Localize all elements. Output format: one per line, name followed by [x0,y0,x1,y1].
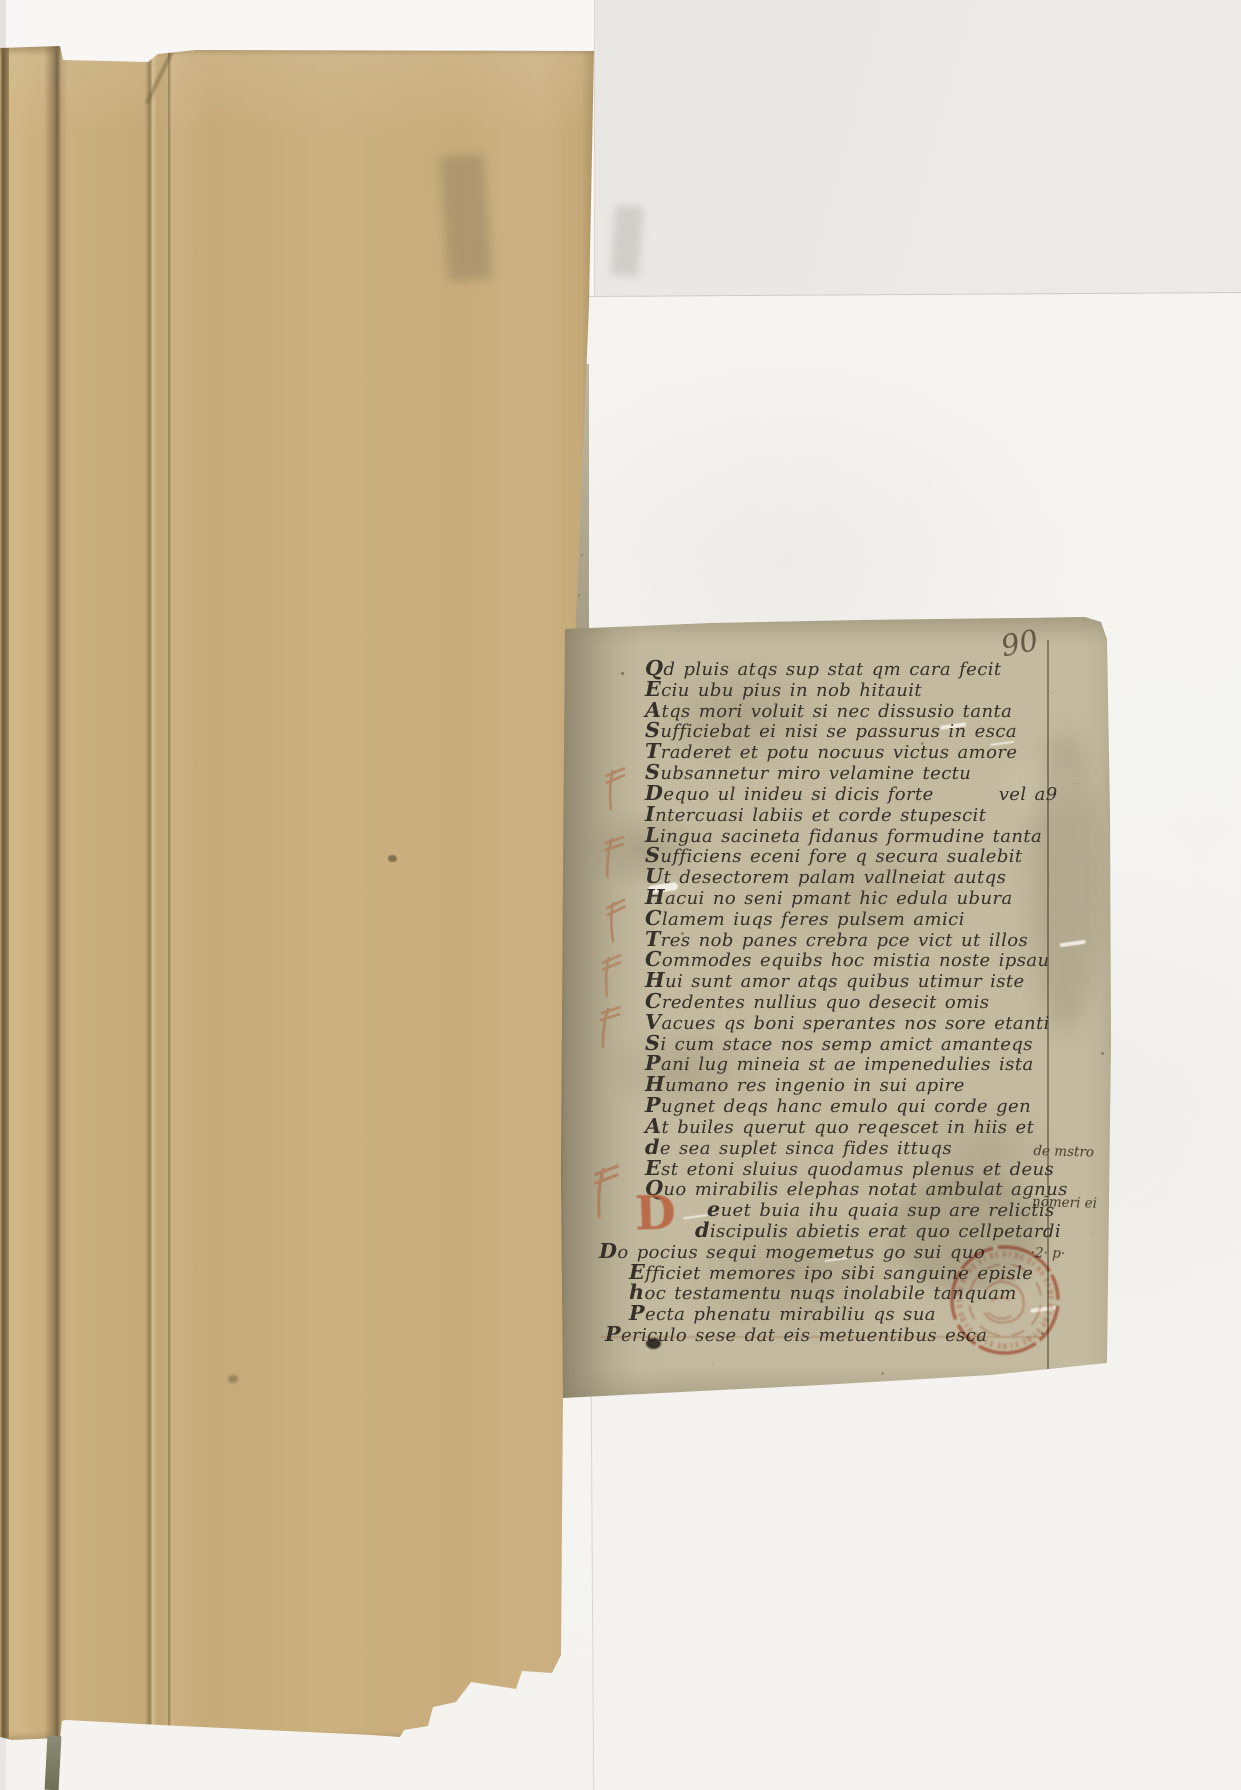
manuscript-text-line: Credentes nullius quo desecit omis [645,991,1115,1012]
capitulum-mark-icon [593,999,623,1051]
folio-number: 90 [998,623,1041,663]
folder-fleck [388,855,397,862]
manuscript-text-line: Sufficiens eceni fore q secura sualebit [645,845,1115,866]
manuscript-text-line: Humano res ingenio in sui apire [645,1074,1115,1095]
kraft-folder [0,45,597,1745]
capitulum-mark-icon [597,829,626,881]
manuscript-text-line: Lingua sacineta fidanus formudine tanta [645,825,1115,846]
folder-fold-shadow [44,45,68,1740]
manuscript-text-line: Sufficiebat ei nisi se passurus in esca [645,720,1115,741]
manuscript-text-line: Tres nob panes crebra pce vict ut illos [645,929,1115,950]
manuscript-text-line: Pani lug mineia st ae impenedulies ista [645,1053,1115,1074]
folder-crease [168,49,174,1733]
rubric-initial: D [634,1189,676,1237]
manuscript-text-line: Ut desectorem palam vallneiat autqs [645,866,1115,887]
manuscript-text-line: Traderet et potu nocuus victus amore [645,741,1115,762]
manuscript-text-line: Si cum stace nos semp amict amanteqs [645,1033,1115,1054]
manuscript-leaf: Qd pluis atqs sup stat qm cara fecit Eci… [561,612,1114,1404]
manuscript-text-line: Atqs mori voluit si nec dissusio tanta [645,700,1115,721]
folder-smudge [228,1375,238,1383]
manuscript-text-line: Hui sunt amor atqs quibus utimur iste [645,970,1115,991]
manuscript-text-line: Vacues qs boni sperantes nos sore etanti [645,1012,1115,1033]
manuscript-text-line: Clamem iuqs feres pulsem amici [645,908,1115,929]
capitulum-mark-icon [587,1157,622,1221]
ink-blot [646,1338,661,1349]
manuscript-text-line: Dequo ul inideu si dicis forte vel a9 [645,783,1115,804]
folder-smudge [440,154,493,282]
manuscript-text-line: Eciu ubu pius in nob hitauit [645,679,1115,700]
capitulum-mark-icon [597,949,623,999]
background-smudge [611,205,644,277]
manuscript-text-line: Qd pluis atqs sup stat qm cara fecit [645,658,1115,679]
marginal-note-line: de mstro [1033,1143,1098,1162]
cloth-tape-edge [45,1736,62,1790]
manuscript-text-line: Commodes equibs hoc mistia noste ipsau [645,949,1115,970]
folder-spine-edge [0,45,9,1745]
digitized-manuscript-photo: Qd pluis atqs sup stat qm cara fecit Eci… [0,0,1241,1790]
manuscript-text-line: Hacui no seni pmant hic edula ubura [645,887,1115,908]
capitulum-mark-icon [601,893,630,944]
marginal-note-line: nōmeri ei [1032,1194,1097,1213]
parchment-speckles [621,672,624,675]
folder-highlight [9,45,45,1745]
folder-crease [145,57,156,1729]
manuscript-text-line: Subsannetur miro velamine tectu [645,762,1115,783]
capitulum-mark-icon [601,762,627,812]
library-stamp [938,1233,1071,1366]
manuscript-text-line: Intercuasi labiis et corde stupescit [645,804,1115,825]
